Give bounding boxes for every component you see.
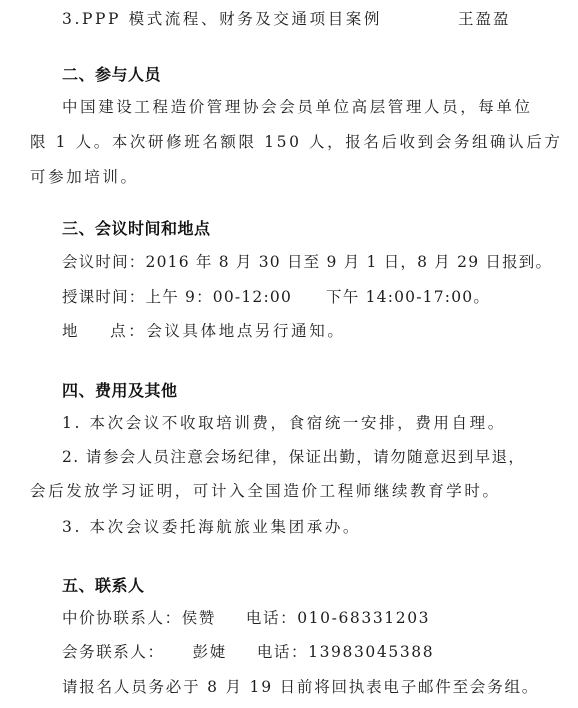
meeting-time-label: 会议时间：	[62, 253, 146, 271]
fees-item-3: 3. 本次会议委托海航旅业集团承办。	[62, 517, 361, 537]
section-heading-fees: 四、费用及其他	[62, 381, 178, 401]
contact2-phone-label: 电话：	[257, 643, 308, 661]
contact1-name: 侯赞	[182, 609, 216, 627]
class-time-morning: 上午 9：00-12:00	[146, 288, 293, 306]
participants-line-1: 中国建设工程造价管理协会会员单位高层管理人员，每单位	[62, 97, 533, 117]
program-item-speaker: 王盈盈	[458, 9, 511, 29]
class-time-afternoon: 下午 14:00-17:00。	[326, 288, 490, 306]
place-value: 会议具体地点另行通知。	[146, 322, 345, 340]
place-label-2: 点：	[110, 322, 146, 340]
meeting-time-value: 2016 年 8 月 30 日至 9 月 1 日，8 月 29 日报到。	[146, 253, 553, 271]
place-row: 地点：会议具体地点另行通知。	[62, 321, 345, 341]
place-label-1: 地	[62, 322, 80, 340]
contact-row-1: 中价协联系人：侯赞电话：010-68331203	[62, 608, 430, 628]
deadline-note: 请报名人员务必于 8 月 19 日前将回执表电子邮件至会务组。	[62, 677, 539, 697]
fees-item-2-line-2: 会后发放学习证明，可计入全国造价工程师继续教育学时。	[30, 481, 501, 501]
participants-line-3: 可参加培训。	[30, 167, 139, 187]
section-heading-participants: 二、参与人员	[62, 65, 161, 85]
contact1-phone-label: 电话：	[246, 609, 297, 627]
section-heading-contacts: 五、联系人	[62, 576, 145, 596]
participants-line-2: 限 1 人。本次研修班名额限 150 人，报名后收到会务组确认后方	[30, 132, 562, 152]
contact-row-2: 会务联系人：彭婕电话：13983045388	[62, 642, 434, 662]
contact1-phone: 010-68331203	[297, 609, 430, 627]
class-time-label: 授课时间：	[62, 288, 146, 306]
contact1-label: 中价协联系人：	[62, 609, 182, 627]
class-time-row: 授课时间：上午 9：00-12:00下午 14:00-17:00。	[62, 287, 490, 307]
fees-item-1: 1. 本次会议不收取培训费，食宿统一安排，费用自理。	[62, 413, 506, 433]
contact2-phone: 13983045388	[308, 643, 434, 661]
fees-item-2-line-1: 2. 请参会人员注意会场纪律，保证出勤，请勿随意迟到早退，	[62, 447, 525, 467]
program-item-topic: 3.PPP 模式流程、财务及交通项目案例	[62, 9, 382, 29]
contact2-name: 彭婕	[193, 643, 227, 661]
contact2-label: 会务联系人：	[62, 643, 165, 661]
section-heading-time-place: 三、会议时间和地点	[62, 219, 211, 239]
meeting-time-row: 会议时间：2016 年 8 月 30 日至 9 月 1 日，8 月 29 日报到…	[62, 252, 552, 272]
